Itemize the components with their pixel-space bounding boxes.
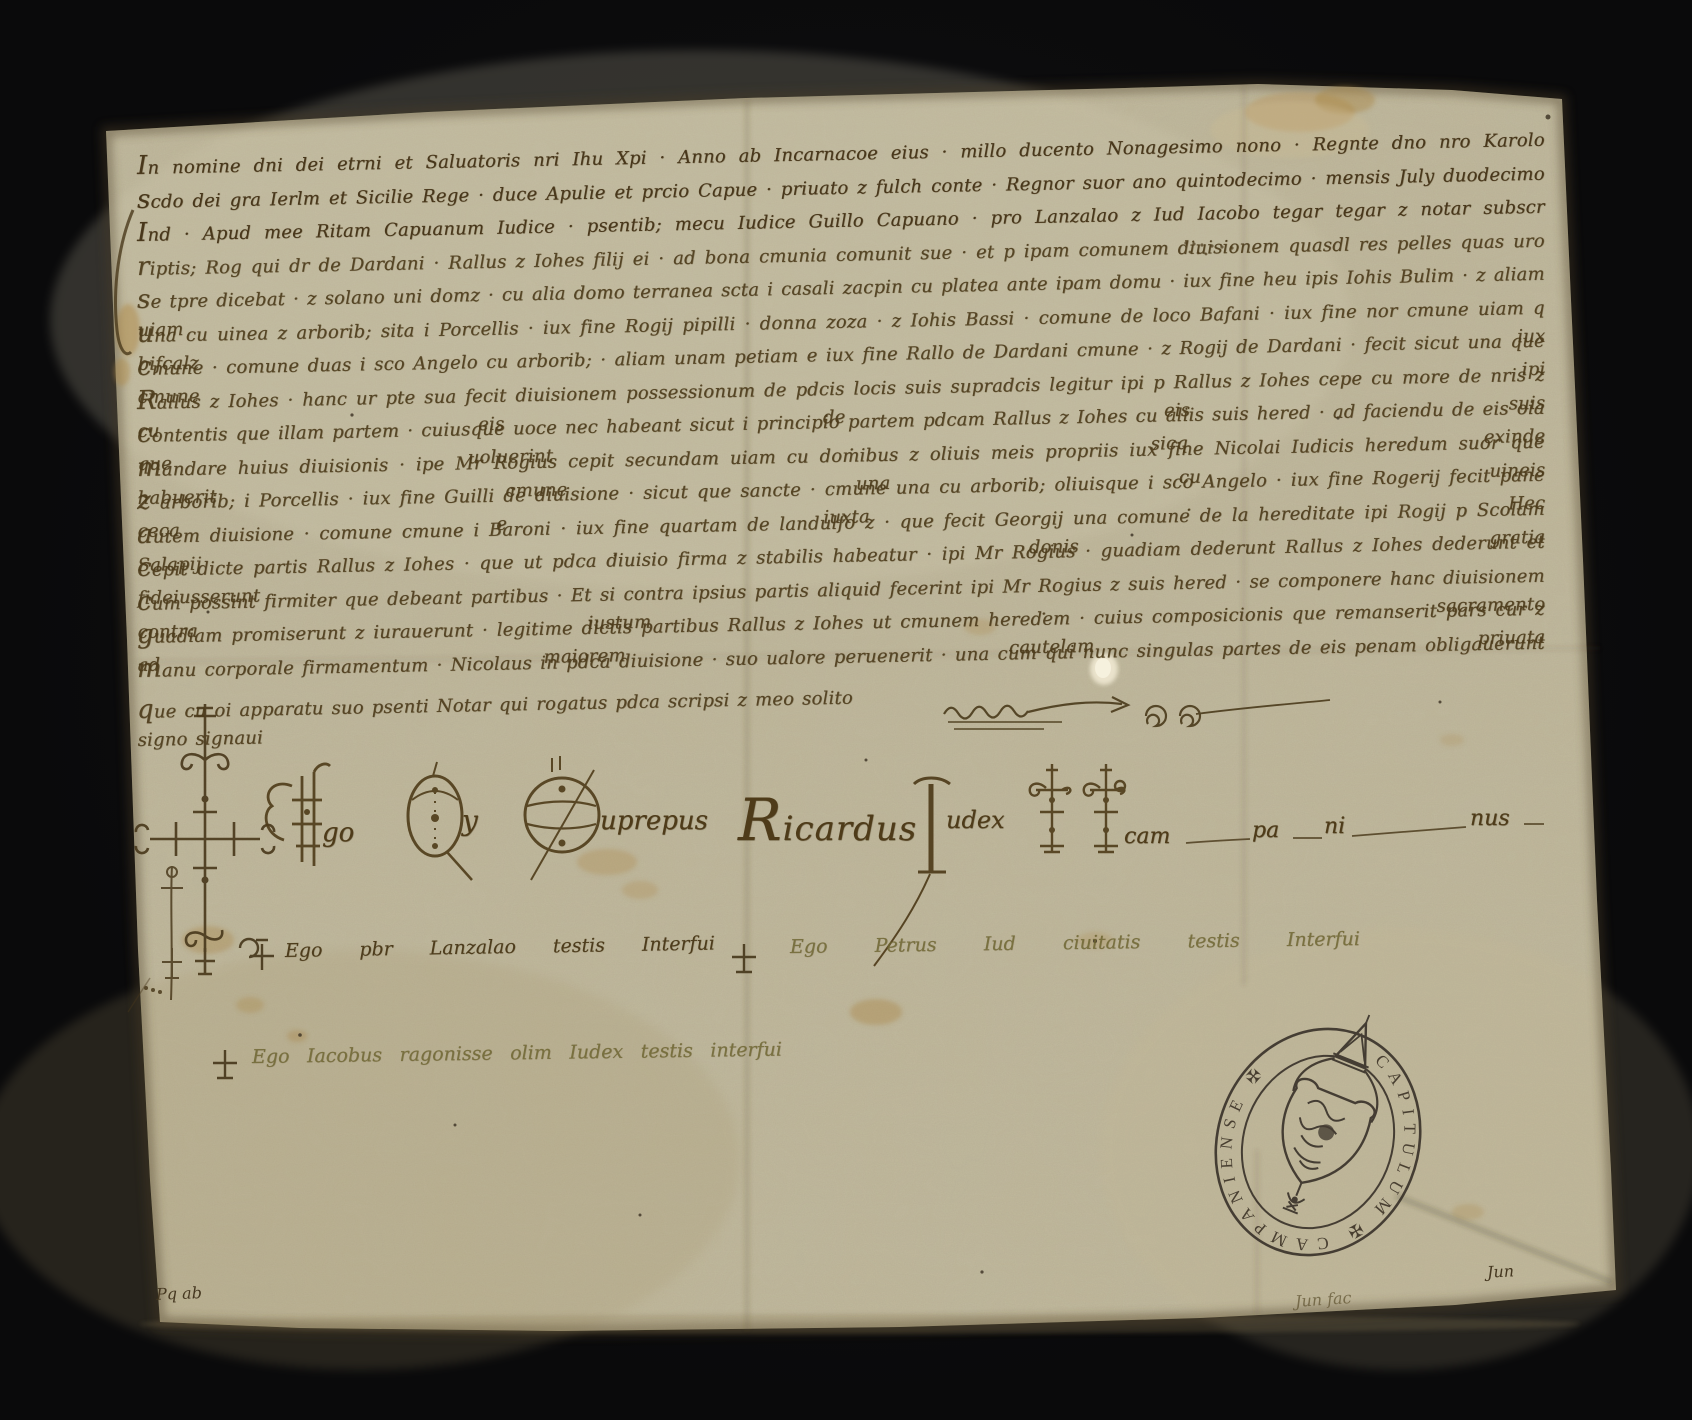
margin-note-bottom-right: Jun <box>1487 1261 1515 1281</box>
sig-ego-rest: go <box>322 818 354 848</box>
sig-title-rest: udex <box>946 806 1005 834</box>
sig-syllable: pa <box>1252 818 1279 843</box>
sig-syllable: ni <box>1324 814 1345 839</box>
manuscript-photo: CAPITULUM ✠ CAMPANIENSE ✠ In nomine dni … <box>0 0 1692 1420</box>
sig-name: Ricardus <box>738 786 917 854</box>
sig-syllable: nus <box>1470 806 1510 831</box>
margin-note-bottom-center: Jun fac <box>1294 1288 1352 1311</box>
sig-syllable: cam <box>1124 824 1170 849</box>
sig-q1-rest: y <box>462 804 478 837</box>
sig-q2-rest: uprepus <box>600 806 708 836</box>
margin-note-bottom-left: Pq ab <box>156 1283 203 1304</box>
